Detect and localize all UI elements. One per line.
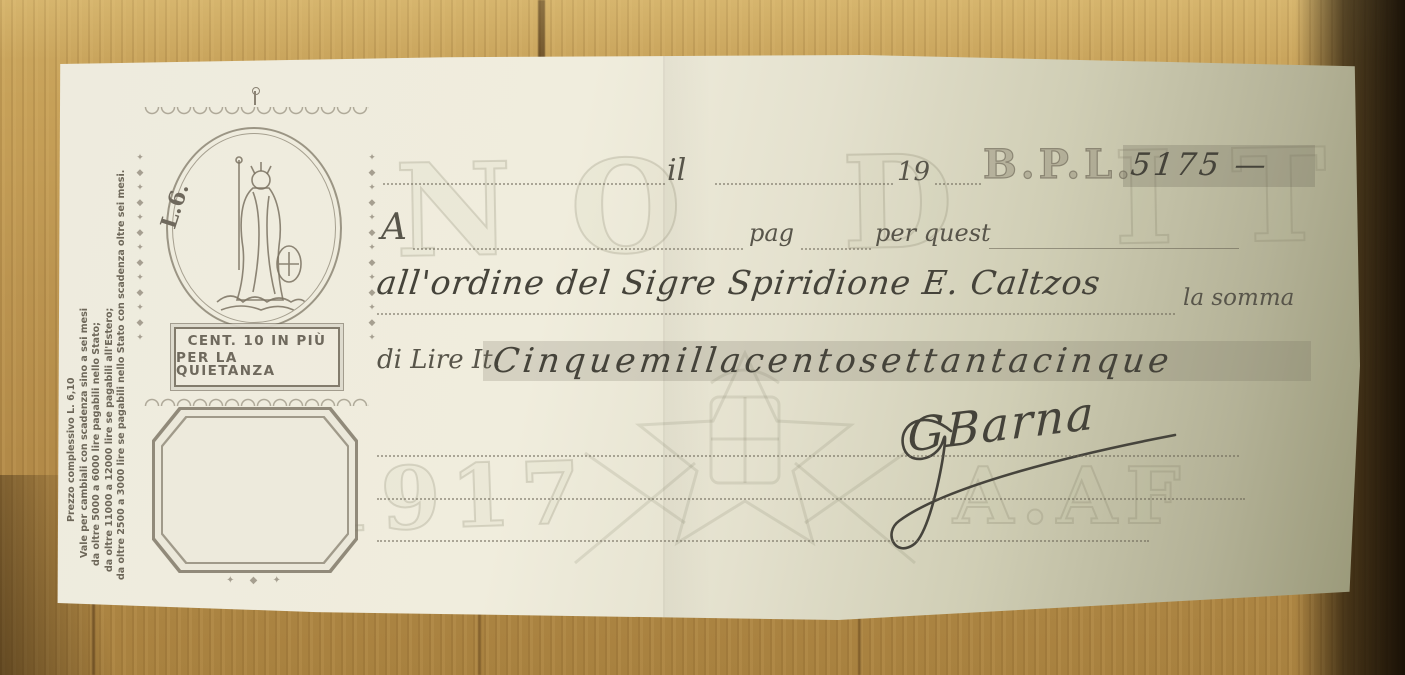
fine-print-line: da oltre 11000 a 12000 lire se pagabili … xyxy=(104,100,117,580)
empty-duty-stamp-frame xyxy=(152,407,358,573)
per-quest-label: per quest xyxy=(875,219,991,247)
fine-print-line: Prezzo complessivo L. 6,10 xyxy=(66,100,79,580)
amount-handwritten: Cinquemillacentosettantacinque xyxy=(491,341,1175,381)
date-line xyxy=(715,183,893,185)
side-fine-print: Prezzo complessivo L. 6,10 Vale per camb… xyxy=(66,100,130,580)
date-place-line xyxy=(383,183,665,185)
wood-top-highlight xyxy=(0,0,1405,60)
payee-line xyxy=(413,248,743,250)
year-line xyxy=(935,183,981,185)
series-bpl-label: B.P.L. xyxy=(983,141,1134,188)
per-quest-line xyxy=(989,248,1239,249)
blank-line xyxy=(377,498,1245,500)
surcharge-line1: CENT. 10 IN PIÙ xyxy=(188,335,327,349)
signature-block: GBarna xyxy=(873,395,1203,570)
fine-print-line: da oltre 5000 a 6000 lire pagabili nello… xyxy=(91,100,104,580)
stamp-left-chain-ornament: ✦◆✦◆✦◆✦◆✦◆✦◆✦ xyxy=(134,151,146,389)
stamp-medallion-oval xyxy=(166,127,342,329)
order-line xyxy=(377,313,1175,315)
order-text-handwritten: all'ordine del Sigre Spiridione E. Caltz… xyxy=(375,263,1103,302)
surcharge-line2: PER LA QUIETANZA xyxy=(176,352,338,379)
revenue-stamp-ornament: ✦◆✦◆✦◆✦◆✦◆✦◆✦ ✦◆✦◆✦◆✦◆✦◆✦◆✦ xyxy=(138,105,375,587)
blank-line xyxy=(377,455,1239,457)
pag-label: pag xyxy=(749,219,794,247)
pag-line xyxy=(801,248,871,250)
watermark-large-letters: NO D ITA xyxy=(394,117,1405,287)
duty-frame-inner-fill xyxy=(163,418,347,562)
stamp-top-crest xyxy=(144,107,369,120)
year-19-label: 19 xyxy=(897,157,930,187)
surcharge-plaque: CENT. 10 IN PIÙ PER LA QUIETANZA xyxy=(174,327,340,387)
series-number-handwritten: 5175 — xyxy=(1129,147,1271,183)
stamp-finial xyxy=(254,91,256,105)
date-il-label: il xyxy=(667,153,686,188)
promissory-note-paper: NO D ITA 1917 A.AF Prezzo complessivo L.… xyxy=(55,55,1360,620)
stamp-middle-scroll xyxy=(144,393,369,406)
blank-line xyxy=(377,540,1149,542)
la-somma-label: la somma xyxy=(1183,285,1294,311)
fine-print-line: Vale per cambiali con scadenza sino a se… xyxy=(79,100,92,580)
photographed-promissory-note: NO D ITA 1917 A.AF Prezzo complessivo L.… xyxy=(0,0,1405,675)
stamp-medallion-inner-ring xyxy=(172,133,336,323)
fine-print-line: da oltre 2500 a 3000 lire se pagabili ne… xyxy=(116,100,129,580)
payee-intro-a-label: A xyxy=(381,207,407,248)
italia-allegory-figure-illustration xyxy=(195,152,319,322)
stamp-bottom-tassel: ✦ ◆ ✦ xyxy=(138,575,375,586)
